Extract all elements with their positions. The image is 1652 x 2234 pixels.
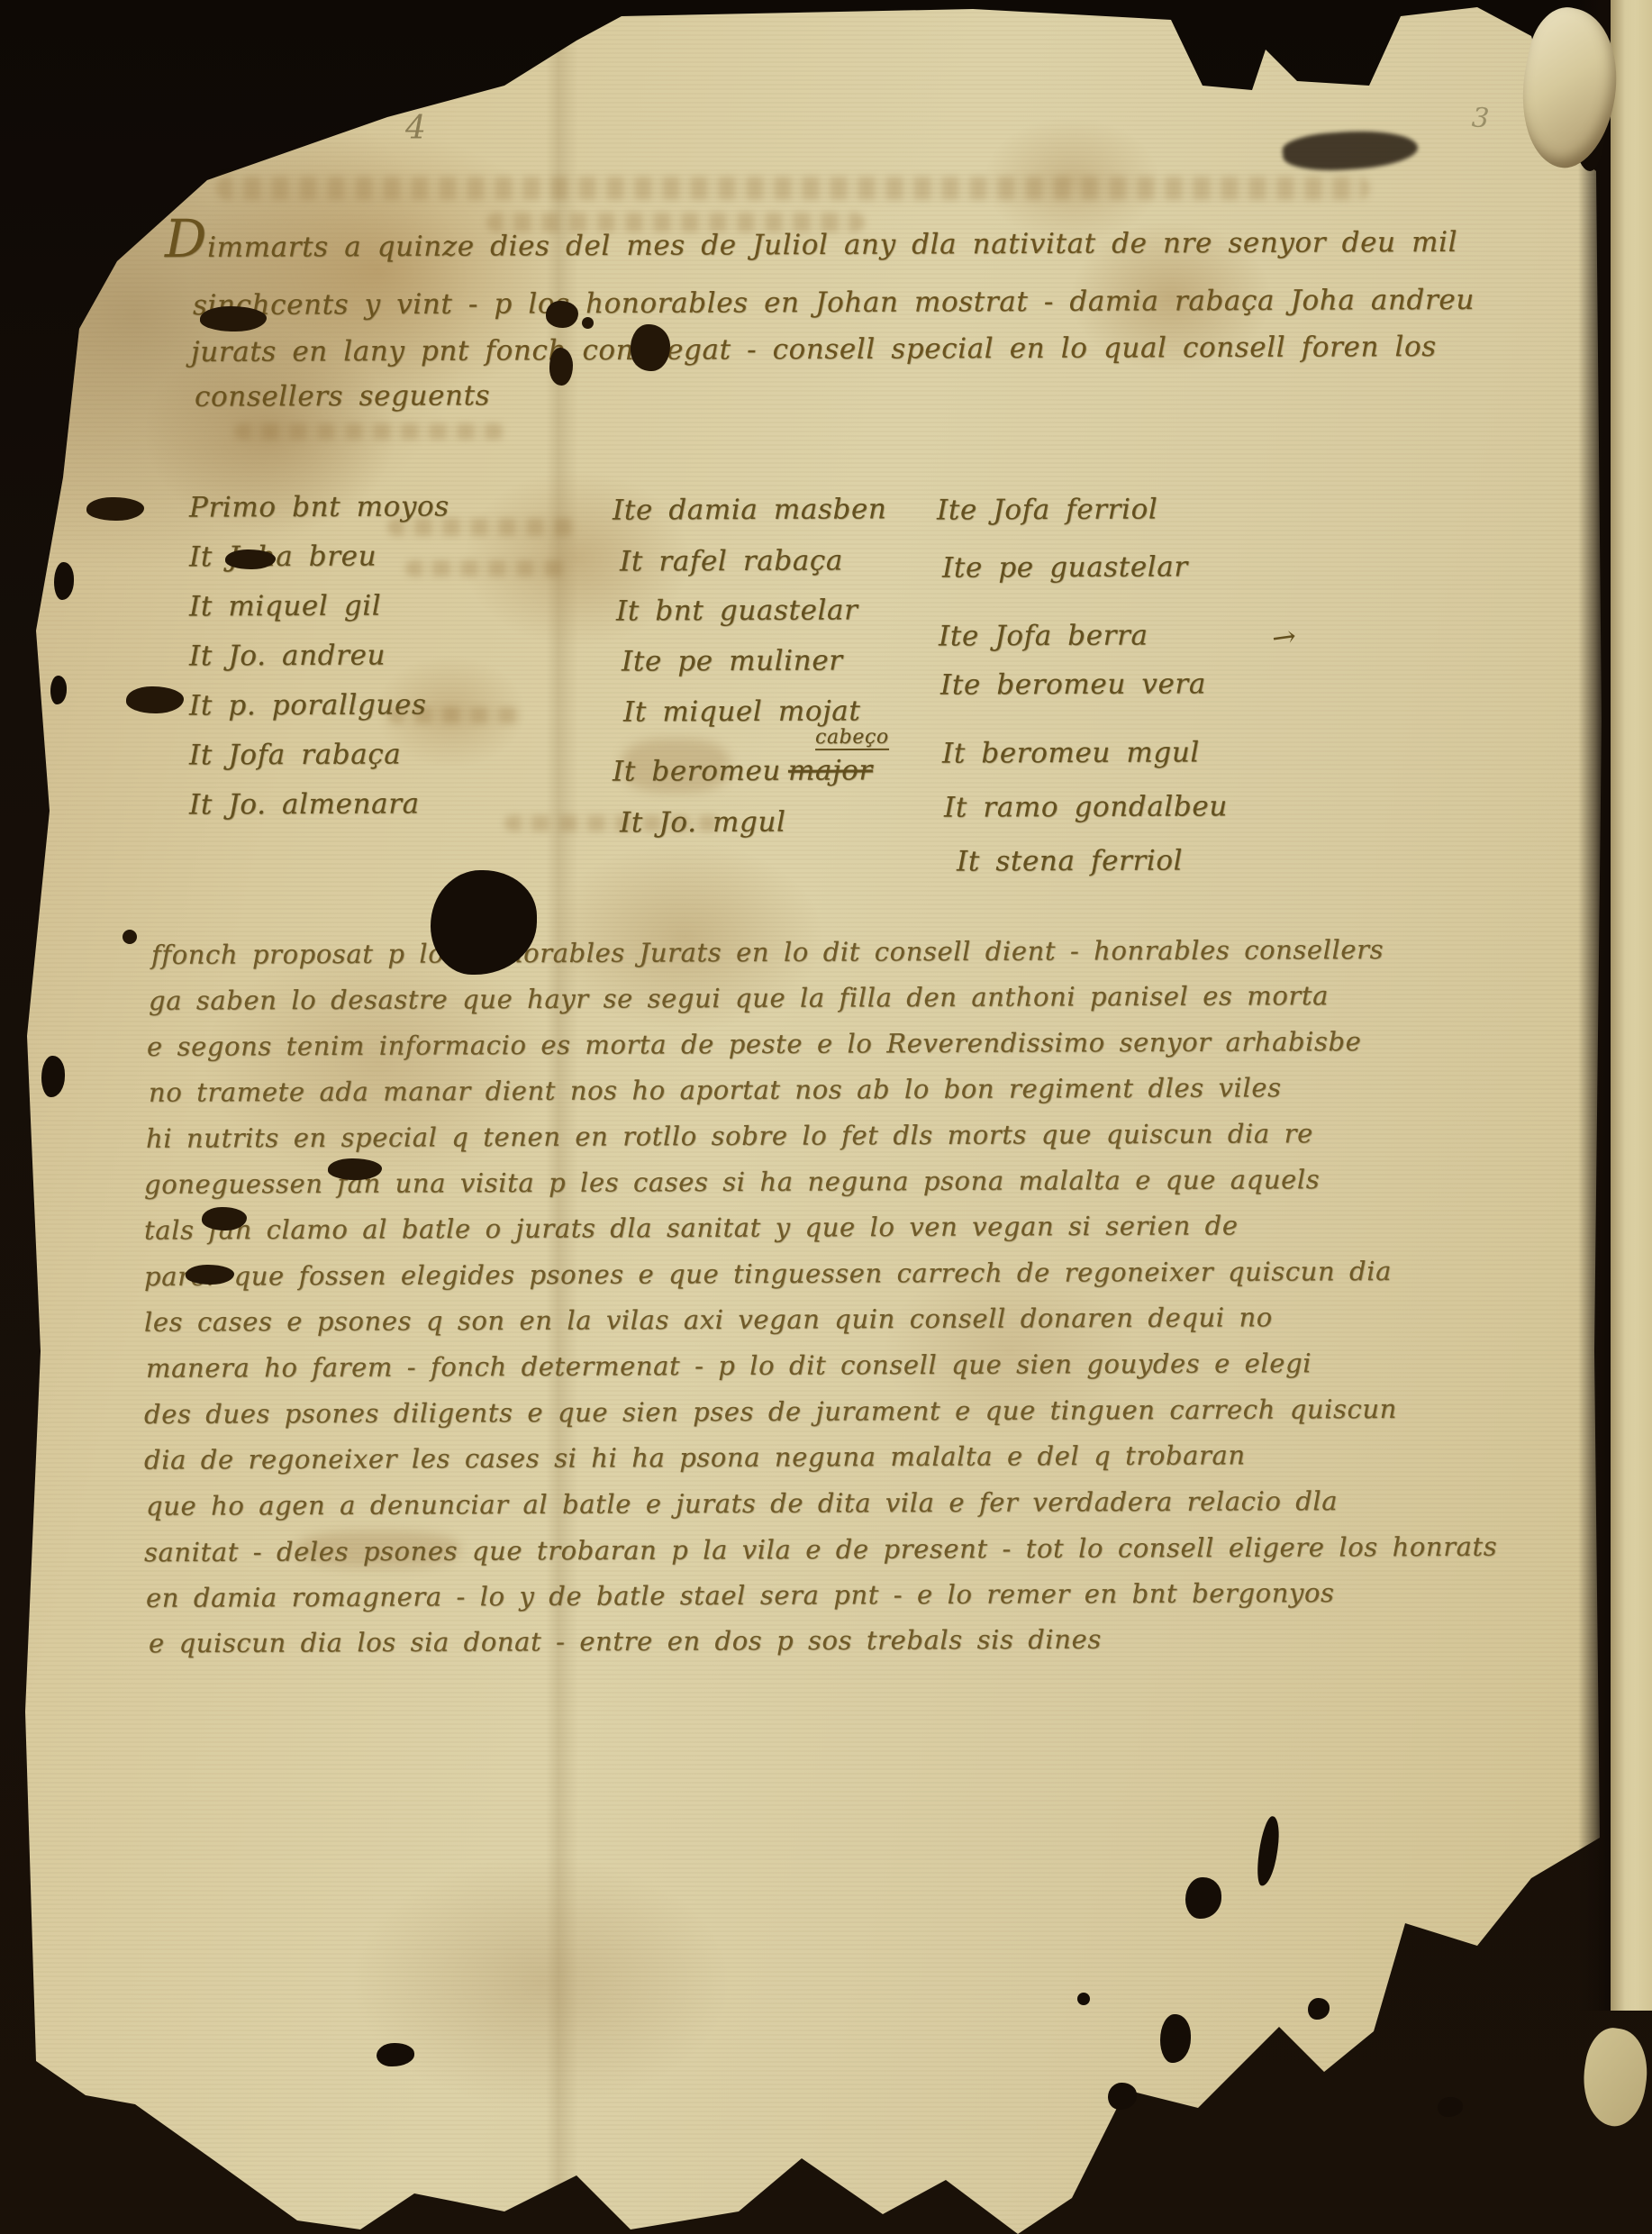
list-item: It beromeu mgul — [942, 736, 1200, 769]
arrow-mark: → — [1269, 618, 1298, 655]
ink-blot — [546, 301, 578, 328]
body-text-line: e segons tenim informacio es morta de pe… — [147, 1026, 1362, 1062]
list-item: It Jofa rabaça — [189, 738, 401, 771]
bleedthrough-ghost — [216, 177, 1369, 200]
ink-blot — [126, 686, 184, 713]
list-item: Ite Jofa ferriol — [937, 493, 1158, 526]
ink-blot — [582, 317, 594, 329]
list-item: It p. porallgues — [189, 688, 427, 722]
list-item: It rafel rabaça — [620, 544, 843, 577]
body-text-line: ffonch proposat p los honorables Jurats … — [151, 934, 1384, 970]
body-text-line: sanitat - deles psones que trobaran p la… — [144, 1531, 1497, 1568]
body-text-line: les cases e psones q son en la vilas axi… — [144, 1302, 1273, 1337]
struck-word: major — [788, 754, 873, 786]
folio-number-left: 4 — [405, 110, 426, 147]
ink-blot — [202, 1207, 247, 1231]
adjacent-page-edge — [1611, 0, 1652, 2011]
body-text-line: parer que fossen elegides psones e que t… — [144, 1256, 1392, 1292]
paper-hole — [1108, 2083, 1137, 2110]
list-item: It beromeumajor — [613, 754, 873, 787]
list-item: Primo bnt moyos — [189, 490, 449, 523]
body-text-line: en damia romagnera - lo y de batle stael… — [146, 1577, 1335, 1613]
heading-line: Dimmarts a quinze dies del mes de Juliol… — [165, 224, 1457, 264]
body-text-line: dia de regoneixer les cases si hi ha pso… — [144, 1439, 1246, 1475]
paper-hole — [1077, 1993, 1090, 2005]
list-item: Ite damia masben — [613, 493, 887, 526]
ink-blot — [631, 324, 670, 371]
body-text-line: e quiscun dia los sia donat - entre en d… — [149, 1624, 1102, 1659]
heading-line: sinchcents y vint - p los honorables en … — [193, 284, 1475, 322]
list-item: It ramo gondalbeu — [944, 790, 1228, 823]
list-item: It Joha breu — [189, 540, 377, 574]
list-item: Ite pe muliner — [622, 644, 843, 677]
folio-number-right: 3 — [1471, 102, 1490, 134]
body-text-line: manera ho farem - fonch determenat - p l… — [146, 1348, 1312, 1384]
list-item: It miquel mojat — [623, 695, 861, 728]
list-item: It miquel gil — [189, 590, 381, 623]
list-item: It Jo. mgul — [620, 806, 786, 840]
ink-blot — [123, 930, 137, 944]
body-text-line: goneguessen fan una visita p les cases s… — [144, 1164, 1320, 1200]
ink-blot — [549, 348, 573, 386]
bleedthrough-ghost — [405, 560, 567, 577]
ink-blot — [328, 1158, 382, 1180]
ink-blot — [186, 1265, 234, 1285]
paper-hole — [1438, 2097, 1463, 2117]
body-text-line: que ho agen a denunciar al batle e jurat… — [146, 1485, 1338, 1521]
list-item: Ite Jofa berra — [939, 619, 1148, 652]
list-item: Ite pe guastelar — [942, 550, 1188, 584]
list-item: Ite beromeu vera — [940, 667, 1206, 701]
heading-line: jurats en lany pnt fonch congregat - con… — [191, 331, 1437, 368]
list-item: It stena ferriol — [957, 844, 1183, 877]
list-item: It Jo. almenara — [189, 787, 420, 821]
list-item-text: It beromeu — [613, 755, 781, 788]
interlinear-insertion: cabeço — [815, 726, 889, 750]
body-text-line: no tramete ada manar dient nos ho aporta… — [149, 1072, 1282, 1107]
ink-blot — [86, 497, 144, 521]
list-item: It Jo. andreu — [189, 640, 386, 673]
adjacent-page-scrap — [1576, 2024, 1652, 2130]
body-text-line: ga saben lo desastre que hayr se segui q… — [149, 980, 1329, 1016]
heading-line: consellers seguents — [195, 379, 490, 413]
ink-blot — [200, 306, 267, 331]
body-text-line: tals fan clamo al batle o jurats dla san… — [144, 1210, 1239, 1245]
ink-blot — [225, 549, 276, 569]
bleedthrough-ghost — [234, 423, 504, 440]
body-text-line: des dues psones diligents e que sien pse… — [144, 1394, 1397, 1430]
manuscript-photograph: 4 3 Dimmarts a quinze dies del mes de Ju… — [0, 0, 1652, 2234]
list-item: It bnt guastelar — [616, 594, 858, 627]
body-text-line: hi nutrits en special q tenen en rotllo … — [146, 1118, 1313, 1154]
